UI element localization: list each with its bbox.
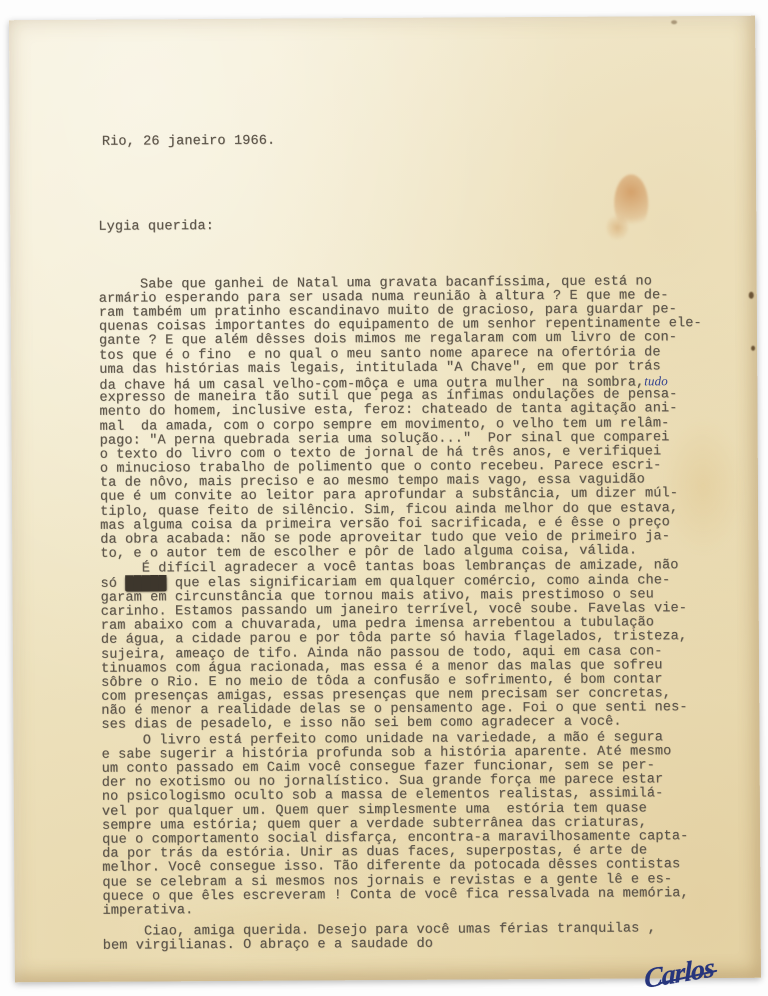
- redacted-word: █████: [125, 576, 166, 591]
- handwritten-insertion: tudo: [644, 373, 668, 388]
- letter-paragraph: Sabe que ganhei de Natal uma gravata bac…: [99, 275, 681, 562]
- letter-paragraph: É difícil agradecer a você tantas boas l…: [100, 560, 681, 734]
- letter-line: imperativa.: [102, 901, 682, 919]
- letter-line: bem virgilianas. O abraço e a saudade do: [103, 936, 683, 954]
- letter-text: Sabe que ganhei de Natal uma gravata bac…: [99, 275, 683, 954]
- typewritten-text: imperativa.: [102, 903, 193, 919]
- letter-paragraph: O livro está perfeito como unidade na va…: [101, 731, 682, 919]
- letter-page: Rio, 26 janeiro 1966. Lygia querida: Sab…: [9, 16, 761, 983]
- salutation: Lygia querida:: [98, 217, 678, 235]
- signature-handwritten: Carlos: [644, 961, 714, 989]
- letter-body: Rio, 26 janeiro 1966. Lygia querida: Sab…: [9, 16, 761, 983]
- typewritten-text: bem virgilianas. O abraço e a saudade do: [103, 937, 433, 954]
- date-line: Rio, 26 janeiro 1966.: [102, 133, 678, 151]
- letter-paragraph: Ciao, amiga querida. Desejo para você um…: [103, 922, 683, 954]
- typewritten-text: só: [100, 576, 125, 591]
